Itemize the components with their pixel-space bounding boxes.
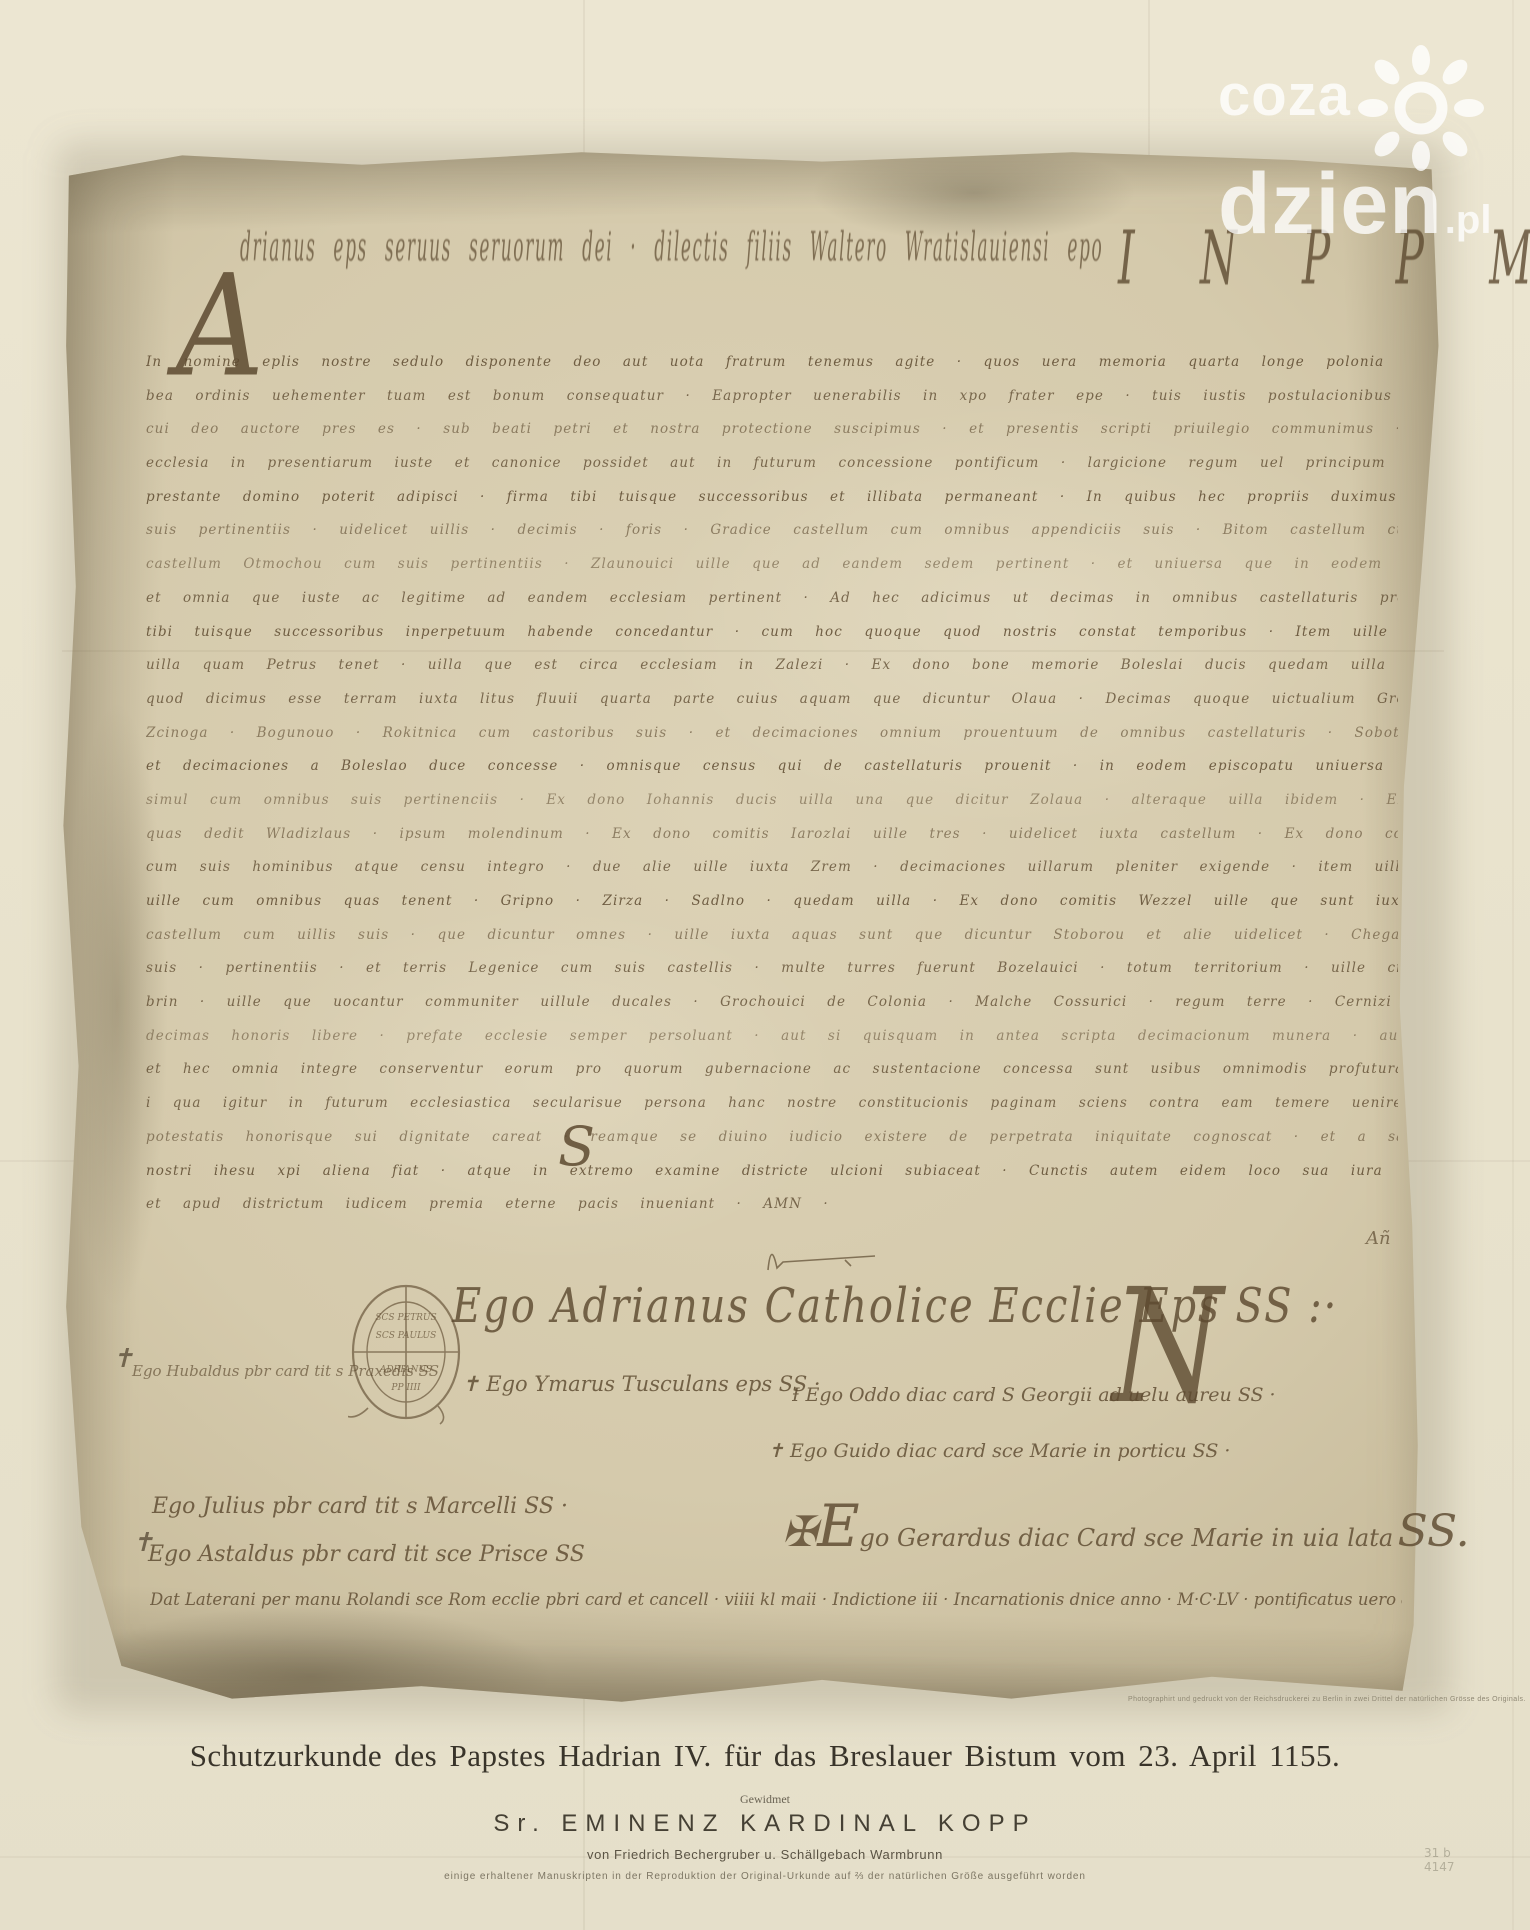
signature-guido: ✝ Ego Guido diac card sce Marie in porti… [768, 1440, 1230, 1462]
manuscript-line: et hec omnia integre conserventur eorum … [146, 1053, 1398, 1087]
caption-publisher: von Friedrich Bechergruber u. Schällgeba… [0, 1847, 1530, 1862]
manuscript-line: castellum Otmochou cum suis pertinentiis… [146, 548, 1398, 582]
bene-valete-monogram: N [1112, 1268, 1223, 1426]
margin-cross: ✝ [112, 1344, 134, 1374]
manuscript-line: ecclesia in presentiarum iuste et canoni… [146, 447, 1398, 481]
pencil-mark: 4147 [1424, 1860, 1455, 1874]
manuscript-line: et decimaciones a Boleslao duce concesse… [146, 750, 1398, 784]
margin-cross: ✝ [132, 1528, 154, 1558]
signature-oddo: Ɨ Ego Oddo diac card S Georgii ad uelu a… [792, 1384, 1402, 1406]
signature-gerardus: ✠Ego Gerardus diac Card sce Marie in uia… [782, 1492, 1470, 1560]
signature-ymarus: ✝ Ego Ymarus Tusculans eps SS · [462, 1372, 821, 1396]
manuscript-line: Zcinoga · Bogunouo · Rokitnica cum casto… [146, 717, 1398, 751]
signature-astaldus: Ego Astaldus pbr card tit sce Prisce SS [148, 1542, 585, 1567]
manuscript-line: quas dedit Wladizlaus · ipsum molendinum… [146, 818, 1398, 852]
manuscript-line: In nomine eplis nostre sedulo disponente… [146, 346, 1398, 380]
amen-flourish [760, 1232, 890, 1278]
gerardus-ss: SS. [1398, 1506, 1470, 1557]
pencil-inventory-marks: 31 b 4147 [1424, 1846, 1455, 1874]
watermark-row2: dzien .pl [1218, 166, 1530, 243]
caption-dedication: Gewidmet [0, 1792, 1530, 1807]
gerardus-text: go Gerardus diac Card sce Marie in uia l… [860, 1524, 1394, 1552]
manuscript-line: uille cum omnibus quas tenent · Gripno ·… [146, 885, 1398, 919]
manuscript-line: tibi tuisque successoribus inperpetuum h… [146, 616, 1398, 650]
caption-dedicatee: Sr. EMINENZ KARDINAL KOPP [0, 1810, 1530, 1838]
sanction-initial-s: S [558, 1120, 595, 1174]
manuscript-line: bea ordinis uehementer tuam est bonum co… [146, 380, 1398, 414]
svg-text:SCS PAULUS: SCS PAULUS [376, 1331, 437, 1341]
manuscript-line: suis pertinentiis · uidelicet uillis · d… [146, 514, 1398, 548]
printer-credit-line: Photographirt und gedruckt von der Reich… [1128, 1696, 1526, 1703]
manuscript-line: i qua igitur in futurum ecclesiastica se… [146, 1087, 1398, 1121]
svg-text:PP IIII: PP IIII [390, 1383, 421, 1393]
watermark-suffix-pl: .pl [1445, 202, 1492, 238]
manuscript-line: potestatis honorisque sui dignitate care… [146, 1121, 1398, 1155]
gerardus-cross: ✠ [782, 1507, 817, 1556]
manuscript-line: uilla quam Petrus tenet · uilla que est … [146, 649, 1398, 683]
svg-text:SCS PETRUS: SCS PETRUS [375, 1313, 436, 1323]
pencil-mark: 31 b [1424, 1846, 1455, 1860]
gerardus-initial: E [817, 1492, 859, 1560]
manuscript-line: quod dicimus esse terram iuxta litus flu… [146, 683, 1398, 717]
manuscript-line: simul cum omnibus suis pertinenciis · Ex… [146, 784, 1398, 818]
caption-note: einige erhaltener Manuskripten in der Re… [0, 1871, 1530, 1882]
manuscript-line: brin · uille que uocantur communiter uil… [146, 986, 1398, 1020]
manuscript-line: et omnia que iuste ac legitime ad eandem… [146, 582, 1398, 616]
signature-hubaldus: Ego Hubaldus pbr card tit s Praxedis SS [132, 1362, 439, 1380]
dating-clause: Dat Laterani per manu Rolandi sce Rom ec… [150, 1590, 1402, 1609]
watermark-row1: coza [1218, 44, 1530, 172]
caption-title: Schutzurkunde des Papstes Hadrian IV. fü… [0, 1738, 1530, 1774]
papal-rota-seal: SCS PETRUS SCS PAULUS ADRIANUS PP IIII [348, 1280, 468, 1430]
watermark-word-coza: coza [1218, 70, 1351, 122]
manuscript-line: cui deo auctore pres es · sub beati petr… [146, 413, 1398, 447]
charter-body-text: In nomine eplis nostre sedulo disponente… [146, 346, 1398, 1292]
signature-julius: Ego Julius pbr card tit s Marcelli SS · [152, 1494, 568, 1519]
sun-icon [1357, 44, 1485, 172]
manuscript-line: prestante domino poterit adipisci · firm… [146, 481, 1398, 515]
manuscript-line: castellum cum uillis suis · que dicuntur… [146, 919, 1398, 953]
manuscript-line: suis · pertinentiis · et terris Legenice… [146, 952, 1398, 986]
amen-abbreviation: Añ [1366, 1228, 1391, 1249]
watermark-word-dzien: dzien [1218, 166, 1443, 243]
manuscript-line: decimas honoris libere · prefate ecclesi… [146, 1020, 1398, 1054]
manuscript-line: et apud districtum iudicem premia eterne… [146, 1188, 1398, 1222]
manuscript-line: nostri ihesu xpi aliena fiat · atque in … [146, 1155, 1398, 1189]
charter-heading-script: drianus eps seruus seruorum dei · dilect… [240, 225, 1112, 272]
manuscript-line: cum suis hominibus atque censu integro ·… [146, 851, 1398, 885]
cozadzien-watermark: coza dzien .pl [1218, 44, 1530, 243]
